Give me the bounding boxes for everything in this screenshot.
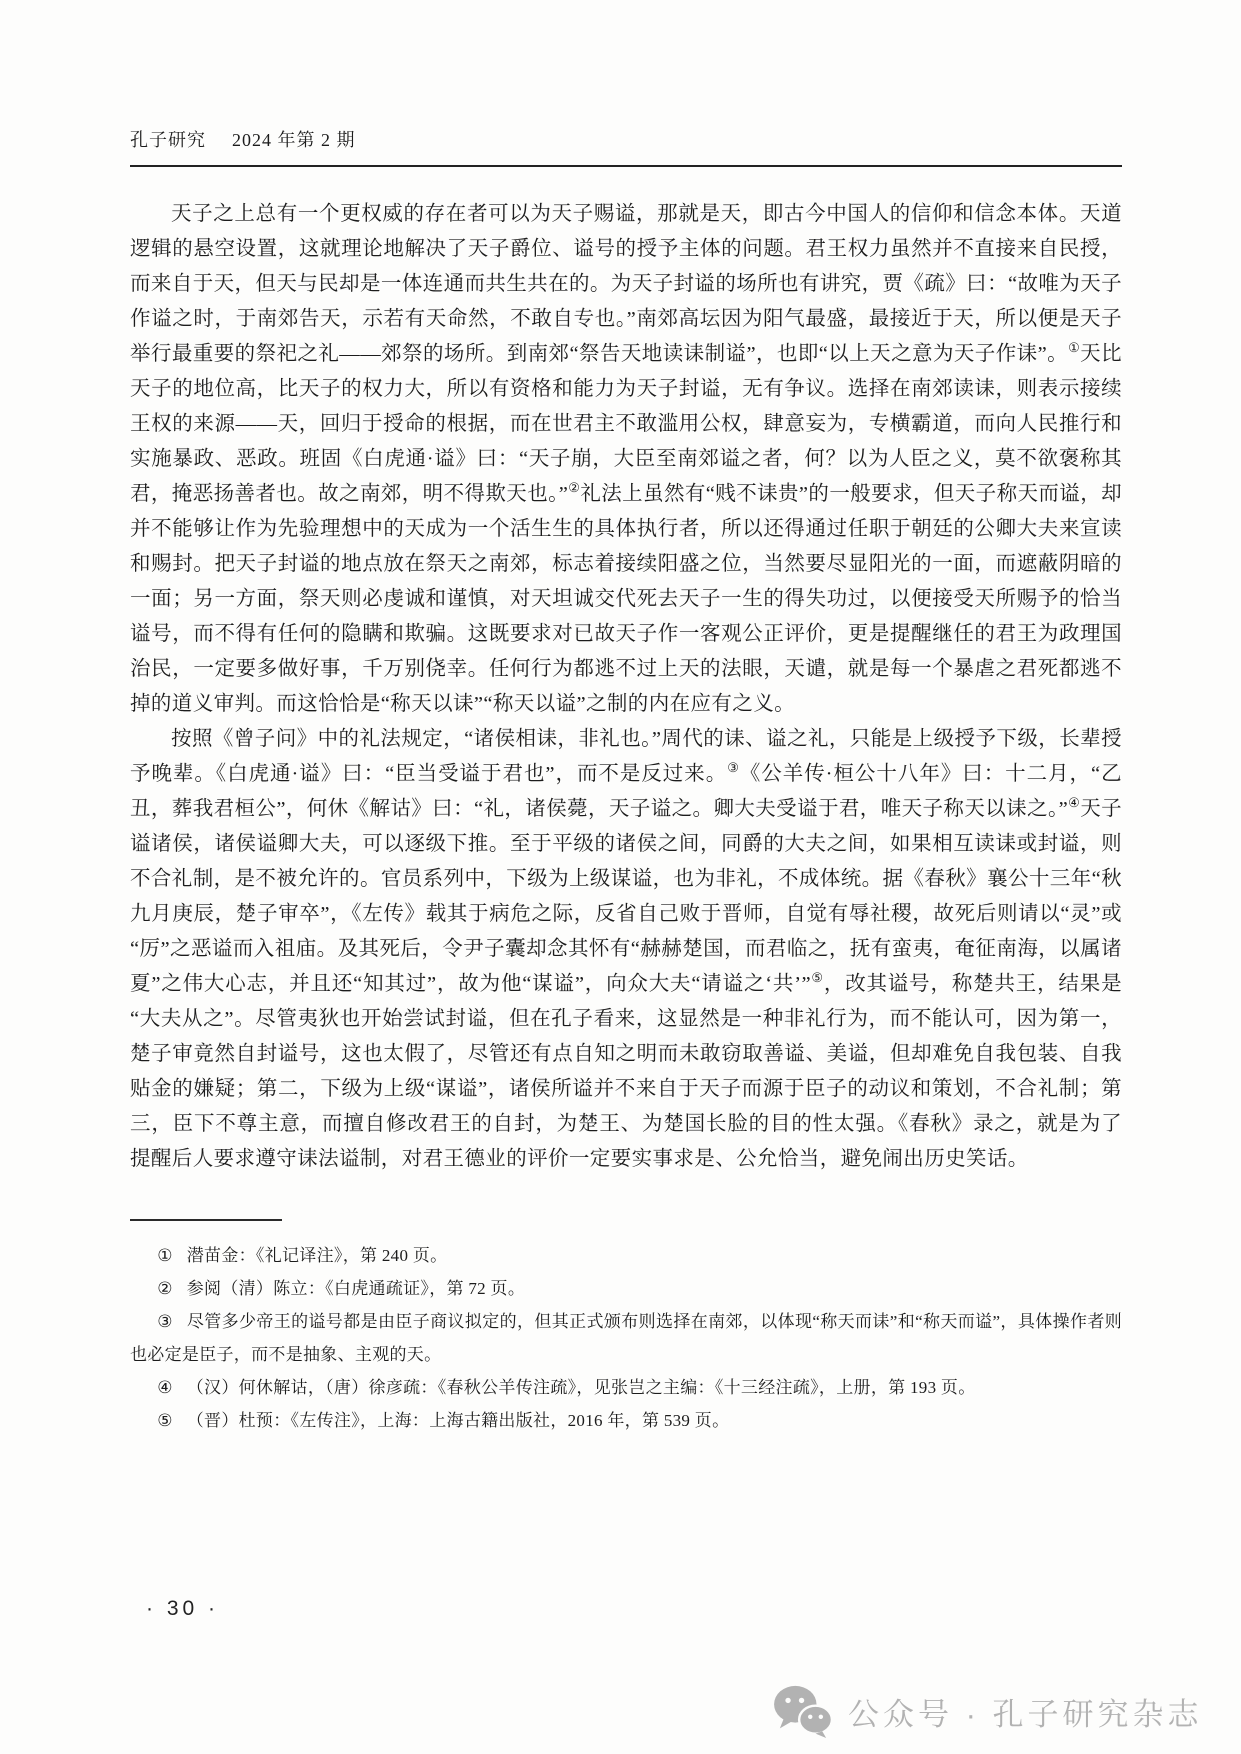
footnote-ref: ③ [727, 760, 740, 775]
footnote-text: 尽管多少帝王的谥号都是由臣子商议拟定的，但其正式颁布则选择在南郊，以体现“称天而… [130, 1312, 1122, 1364]
footnote-text: 参阅（清）陈立：《白虎通疏证》，第 72 页。 [187, 1279, 525, 1298]
article-body: 天子之上总有一个更权威的存在者可以为天子赐谥，那就是天，即古今中国人的信仰和信念… [130, 197, 1122, 1177]
footnote-block: ①潜苗金：《礼记译注》，第 240 页。②参阅（清）陈立：《白虎通疏证》，第 7… [130, 1219, 1122, 1437]
footnote-marker: ② [157, 1279, 173, 1298]
footnote-ref: ④ [1068, 795, 1080, 810]
journal-title: 孔子研究 [130, 130, 206, 150]
footnote-marker: ③ [157, 1312, 173, 1331]
footnote-marker: ④ [157, 1378, 173, 1397]
footnote-text: （汉）何休解诂，（唐）徐彦疏：《春秋公羊传注疏》，见张岂之主编：《十三经注疏》，… [187, 1378, 976, 1397]
footnote-item: ①潜苗金：《礼记译注》，第 240 页。 [130, 1239, 1122, 1272]
footnotes: ①潜苗金：《礼记译注》，第 240 页。②参阅（清）陈立：《白虎通疏证》，第 7… [130, 1239, 1122, 1437]
issue-label: 2024 年第 2 期 [232, 130, 356, 150]
page-number: · 30 · [146, 1597, 219, 1621]
footnote-ref: ② [568, 480, 580, 495]
footnote-marker: ① [157, 1246, 173, 1265]
footnote-divider [130, 1219, 282, 1221]
footnote-marker: ⑤ [157, 1411, 173, 1430]
footnote-item: ③尽管多少帝王的谥号都是由臣子商议拟定的，但其正式颁布则选择在南郊，以体现“称天… [130, 1305, 1122, 1371]
wechat-icon [772, 1684, 834, 1738]
wechat-footer-label: 公众号 · 孔子研究杂志 [848, 1689, 1203, 1734]
wechat-watermark: 公众号 · 孔子研究杂志 [772, 1684, 1203, 1738]
body-paragraph: 按照《曾子问》中的礼法规定，“诸侯相诔，非礼也。”周代的诔、谥之礼，只能是上级授… [130, 722, 1122, 1177]
body-paragraph: 天子之上总有一个更权威的存在者可以为天子赐谥，那就是天，即古今中国人的信仰和信念… [130, 197, 1122, 722]
footnote-text: （晋）杜预：《左传注》，上海：上海古籍出版社，2016 年，第 539 页。 [187, 1411, 730, 1430]
footnote-item: ⑤（晋）杜预：《左传注》，上海：上海古籍出版社，2016 年，第 539 页。 [130, 1404, 1122, 1437]
footnote-ref: ⑤ [811, 970, 824, 985]
footnote-item: ④（汉）何休解诂，（唐）徐彦疏：《春秋公羊传注疏》，见张岂之主编：《十三经注疏》… [130, 1371, 1122, 1404]
running-head: 孔子研究2024 年第 2 期 [130, 126, 1122, 167]
footnote-ref: ① [1068, 340, 1080, 355]
footnote-text: 潜苗金：《礼记译注》，第 240 页。 [187, 1246, 448, 1265]
footnote-item: ②参阅（清）陈立：《白虎通疏证》，第 72 页。 [130, 1272, 1122, 1305]
page-content: 孔子研究2024 年第 2 期 天子之上总有一个更权威的存在者可以为天子赐谥，那… [130, 126, 1122, 1437]
journal-page: 孔子研究2024 年第 2 期 天子之上总有一个更权威的存在者可以为天子赐谥，那… [0, 0, 1241, 1754]
